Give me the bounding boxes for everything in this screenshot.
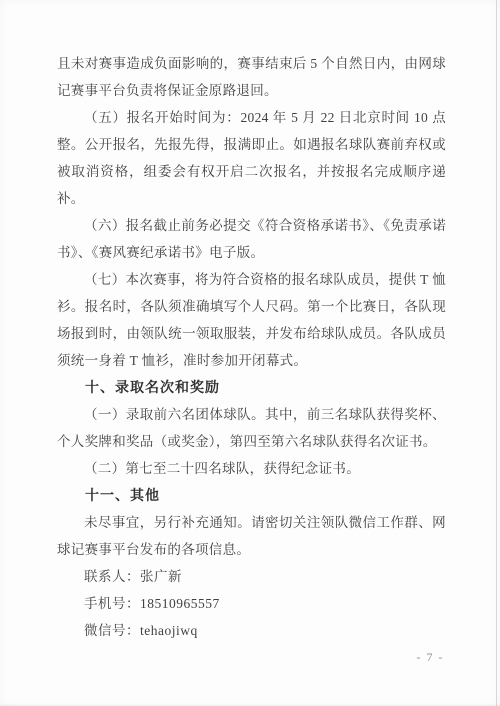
section-heading: 十、录取名次和奖励 bbox=[57, 374, 446, 401]
scanned-document-page: 且未对赛事造成负面影响的，赛事结束后 5 个自然日内，由网球记赛事平台负责将保证… bbox=[0, 0, 500, 706]
contact-person-line: 联系人：张广新 bbox=[57, 563, 446, 590]
paragraph: （七）本次赛事，将为符合资格的报名球队成员，提供 T 恤衫。报名时，各队须准确填… bbox=[57, 266, 446, 374]
paragraph: （二）第七至二十四名球队，获得纪念证书。 bbox=[57, 455, 446, 482]
paragraph: （五）报名开始时间为：2024 年 5 月 22 日北京时间 10 点整。公开报… bbox=[57, 104, 446, 212]
paragraph: （一）录取前六名团体球队。其中，前三名球队获得奖杯、个人奖牌和奖品（或奖金），第… bbox=[57, 401, 446, 455]
contact-phone-line: 手机号：18510965557 bbox=[57, 590, 446, 617]
section-heading: 十一、其他 bbox=[57, 482, 446, 509]
paragraph: （六）报名截止前务必提交《符合资格承诺书》、《免责承诺书》、《赛风赛纪承诺书》电… bbox=[57, 212, 446, 266]
document-body: 且未对赛事造成负面影响的，赛事结束后 5 个自然日内，由网球记赛事平台负责将保证… bbox=[57, 50, 446, 644]
paragraph: 未尽事宜，另行补充通知。请密切关注领队微信工作群、网球记赛事平台发布的各项信息。 bbox=[57, 509, 446, 563]
scan-edge bbox=[496, 0, 497, 706]
contact-wechat-line: 微信号：tehaojiwq bbox=[57, 617, 446, 644]
paragraph: 且未对赛事造成负面影响的，赛事结束后 5 个自然日内，由网球记赛事平台负责将保证… bbox=[57, 50, 446, 104]
page-number: - 7 - bbox=[417, 650, 445, 665]
